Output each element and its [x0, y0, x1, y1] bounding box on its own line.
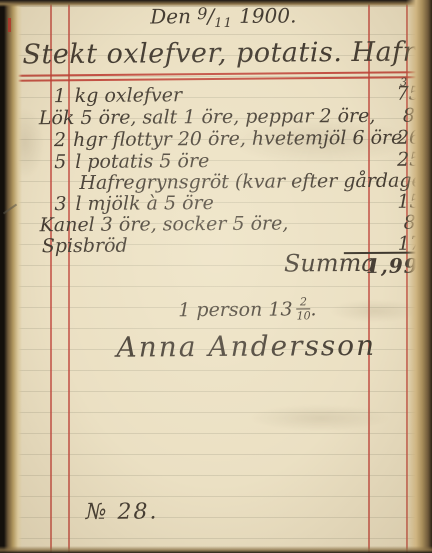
book-edge-right	[406, 0, 432, 553]
persons-fraction: 210	[296, 296, 310, 321]
fraction-denominator: 10	[296, 309, 310, 321]
book-edge-left	[0, 0, 22, 553]
book-edge-bottom	[0, 546, 432, 553]
item-text: hgr flottyr 20 öre, hvetemjöl 6 öre	[73, 127, 402, 151]
persons-note: 1 person 13210.	[178, 296, 316, 322]
page-number: № 28.	[86, 499, 159, 525]
persons-period: .	[310, 298, 316, 320]
meal-title: Stekt oxlefver, potatis. Hafregrynsvälli…	[22, 35, 432, 70]
handwritten-content: Den 9/11 1900. Stekt oxlefver, potatis. …	[0, 0, 432, 553]
quantity-cell: 5	[51, 151, 69, 173]
item-text: l mjölk à 5 öre	[75, 192, 214, 215]
item-text: Spisbröd	[42, 235, 128, 258]
persons-text: 1 person 13	[178, 298, 292, 321]
red-edge-mark	[8, 18, 11, 32]
fraction-numerator: 2	[296, 296, 310, 309]
date-year: 1900.	[233, 3, 297, 27]
item-text: l potatis 5 öre	[75, 150, 209, 173]
item-text: Kanel 3 öre, socker 5 öre,	[40, 212, 289, 236]
signature: Anna Andersson	[116, 329, 376, 364]
quantity-cell: 3	[51, 193, 69, 215]
summa-label: Summa	[284, 249, 376, 278]
item-text: kg oxlefver	[75, 84, 182, 107]
date-line: Den 9/11 1900.	[150, 3, 296, 31]
quantity-cell: 1	[51, 85, 69, 107]
date-prefix: Den	[150, 4, 197, 28]
book-edge-top	[0, 0, 432, 7]
item-text: Lök 5 öre, salt 1 öre, peppar 2 öre,	[39, 105, 376, 129]
date-denominator: 11	[214, 16, 233, 31]
ledger-page: Den 9/11 1900. Stekt oxlefver, potatis. …	[0, 0, 432, 553]
summa-value: 1,99	[366, 254, 410, 278]
quantity-cell: 2	[51, 129, 69, 151]
